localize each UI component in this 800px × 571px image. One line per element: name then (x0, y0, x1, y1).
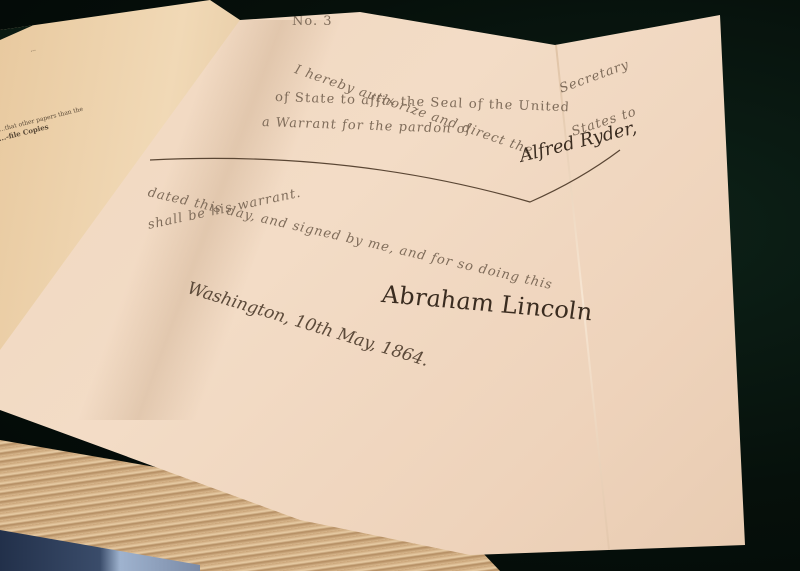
body-line-1-right: Secretary (557, 57, 631, 96)
background-corner (0, 0, 90, 40)
bracket-flourish (150, 140, 630, 210)
photo-scene: ... ...that other papers than the ...-fi… (0, 0, 800, 571)
page-number: No. 3 (292, 14, 333, 29)
signature: Abraham Lincoln (381, 280, 592, 326)
left-page-heading: ... (29, 45, 36, 53)
